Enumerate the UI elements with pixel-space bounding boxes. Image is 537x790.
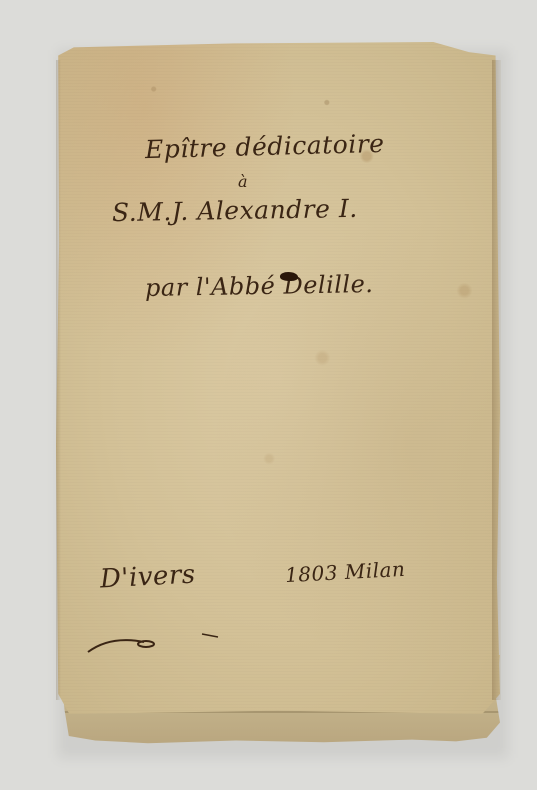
title-line-a: à: [238, 172, 248, 191]
right-deckled-edge: [492, 60, 501, 700]
ink-blot: [280, 272, 298, 281]
left-spine-edge: [56, 60, 61, 700]
ink-flourish-icon: [84, 628, 234, 658]
title-line-dedicatee: S.M.J. Alexandre I.: [112, 194, 358, 227]
author-line: par l'Abbé Delille.: [145, 270, 374, 302]
footer-inscription-left: D'ivers: [99, 560, 196, 595]
